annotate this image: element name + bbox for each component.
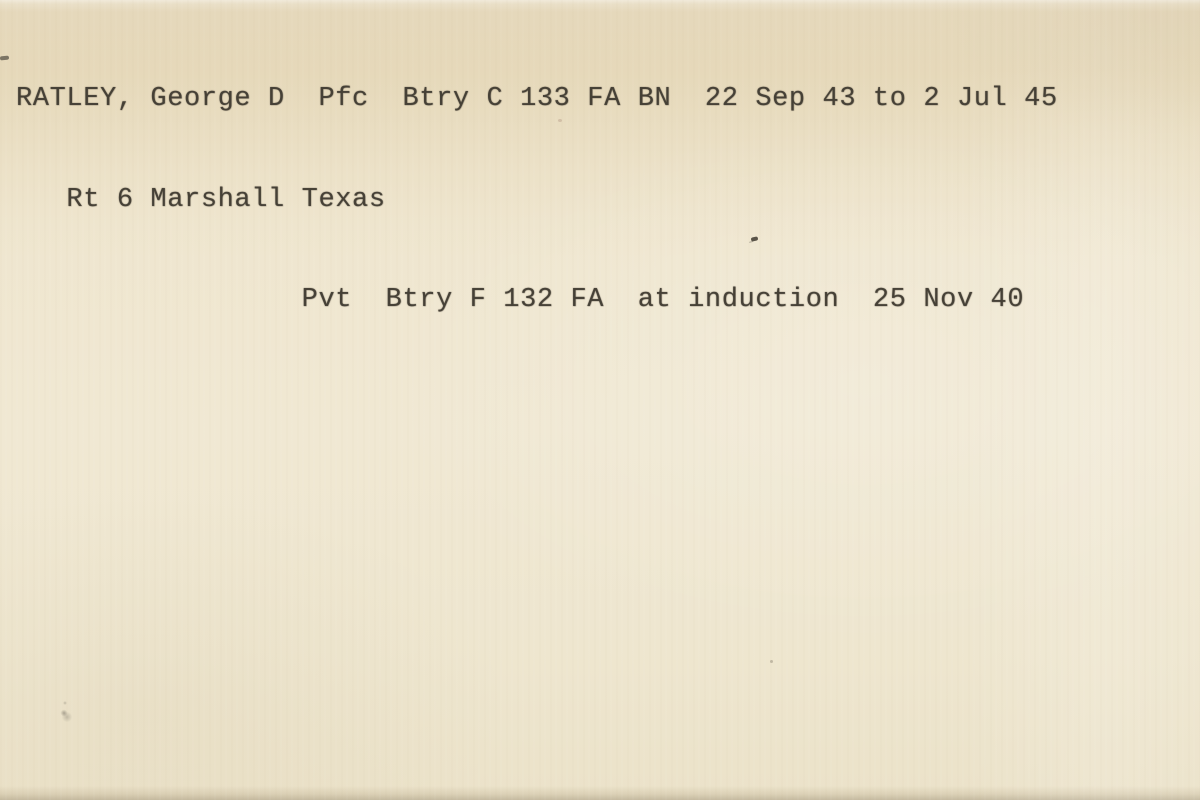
scanned-index-card: RATLEY, George D Pfc Btry C 133 FA BN 22…: [0, 0, 1200, 800]
typewritten-text-block: RATLEY, George D Pfc Btry C 133 FA BN 22…: [16, 16, 1058, 385]
pencil-smudge: [54, 700, 74, 722]
line-home-address: Rt 6 Marshall Texas: [16, 184, 1058, 218]
scan-mark-left-edge: [0, 56, 9, 61]
paper-fleck: [770, 660, 773, 663]
line-name-rank-unit-service-dates: RATLEY, George D Pfc Btry C 133 FA BN 22…: [16, 83, 1058, 117]
line-rank-unit-at-induction: Pvt Btry F 132 FA at induction 25 Nov 40: [16, 284, 1058, 318]
